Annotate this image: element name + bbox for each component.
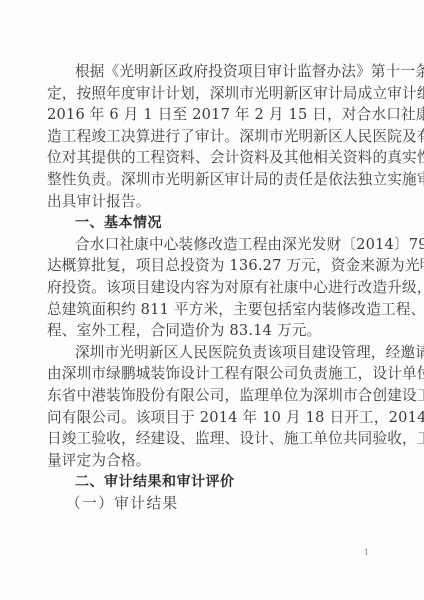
body-text-line: 问有限公司。该项目于 2014 年 10 月 18 日开工，2014 年 12 … (47, 407, 365, 429)
section-heading-audit-results: 二、审计结果和审计评价 (75, 471, 365, 493)
body-text-line: 合水口社康中心装修改造工程由深光发财〔2014〕79 号文下 (75, 234, 365, 256)
body-text-line: 总建筑面积约 811 平方米，主要包括室内装修改造工程、安装工 (47, 299, 365, 321)
body-text-line: 达概算批复，项目总投资为 136.27 万元，资金来源为光明新区政 (47, 255, 365, 277)
body-text-line: 根据《光明新区政府投资项目审计监督办法》第十一条的规 (75, 61, 365, 83)
body-text-line: 量评定为合格。 (47, 450, 365, 472)
body-text-line: 2016 年 6 月 1 日至 2017 年 2 月 15 日，对合水口社康中心… (47, 104, 365, 126)
body-text-line: 东省中港装饰股份有限公司，监理单位为深圳市合创建设工程顾 (47, 385, 365, 407)
document-page: 根据《光明新区政府投资项目审计监督办法》第十一条的规 定，按照年度审计计划，深圳… (0, 0, 424, 600)
body-text-line: 出具审计报告。 (47, 191, 365, 213)
body-text-line: 深圳市光明新区人民医院负责该项目建设管理，经邀请招标 (75, 342, 365, 364)
subsection-heading-audit-results: （一）审计结果 (66, 493, 266, 515)
body-text-line: 日竣工验收，经建设、监理、设计、施工单位共同验收，工程质 (47, 428, 365, 450)
section-heading-basic-info: 一、基本情况 (75, 212, 365, 234)
body-text-line: 定，按照年度审计计划，深圳市光明新区审计局成立审计组，自 (47, 83, 365, 105)
page-number: 1 (364, 548, 369, 557)
body-text-line: 位对其提供的工程资料、会计资料及其他相关资料的真实性和完 (47, 147, 365, 169)
body-text-line: 程、室外工程，合同造价为 83.14 万元。 (47, 320, 365, 342)
body-text-line: 造工程竣工决算进行了审计。深圳市光明新区人民医院及有关单 (47, 126, 365, 148)
body-text-line: 由深圳市绿鹏城装饰设计工程有限公司负责施工，设计单位为广 (47, 363, 365, 385)
body-text-line: 府投资。该项目建设内容为对原有社康中心进行改造升级，改造 (47, 277, 365, 299)
body-text-line: 整性负责。深圳市光明新区审计局的责任是依法独立实施审计并 (47, 169, 365, 191)
